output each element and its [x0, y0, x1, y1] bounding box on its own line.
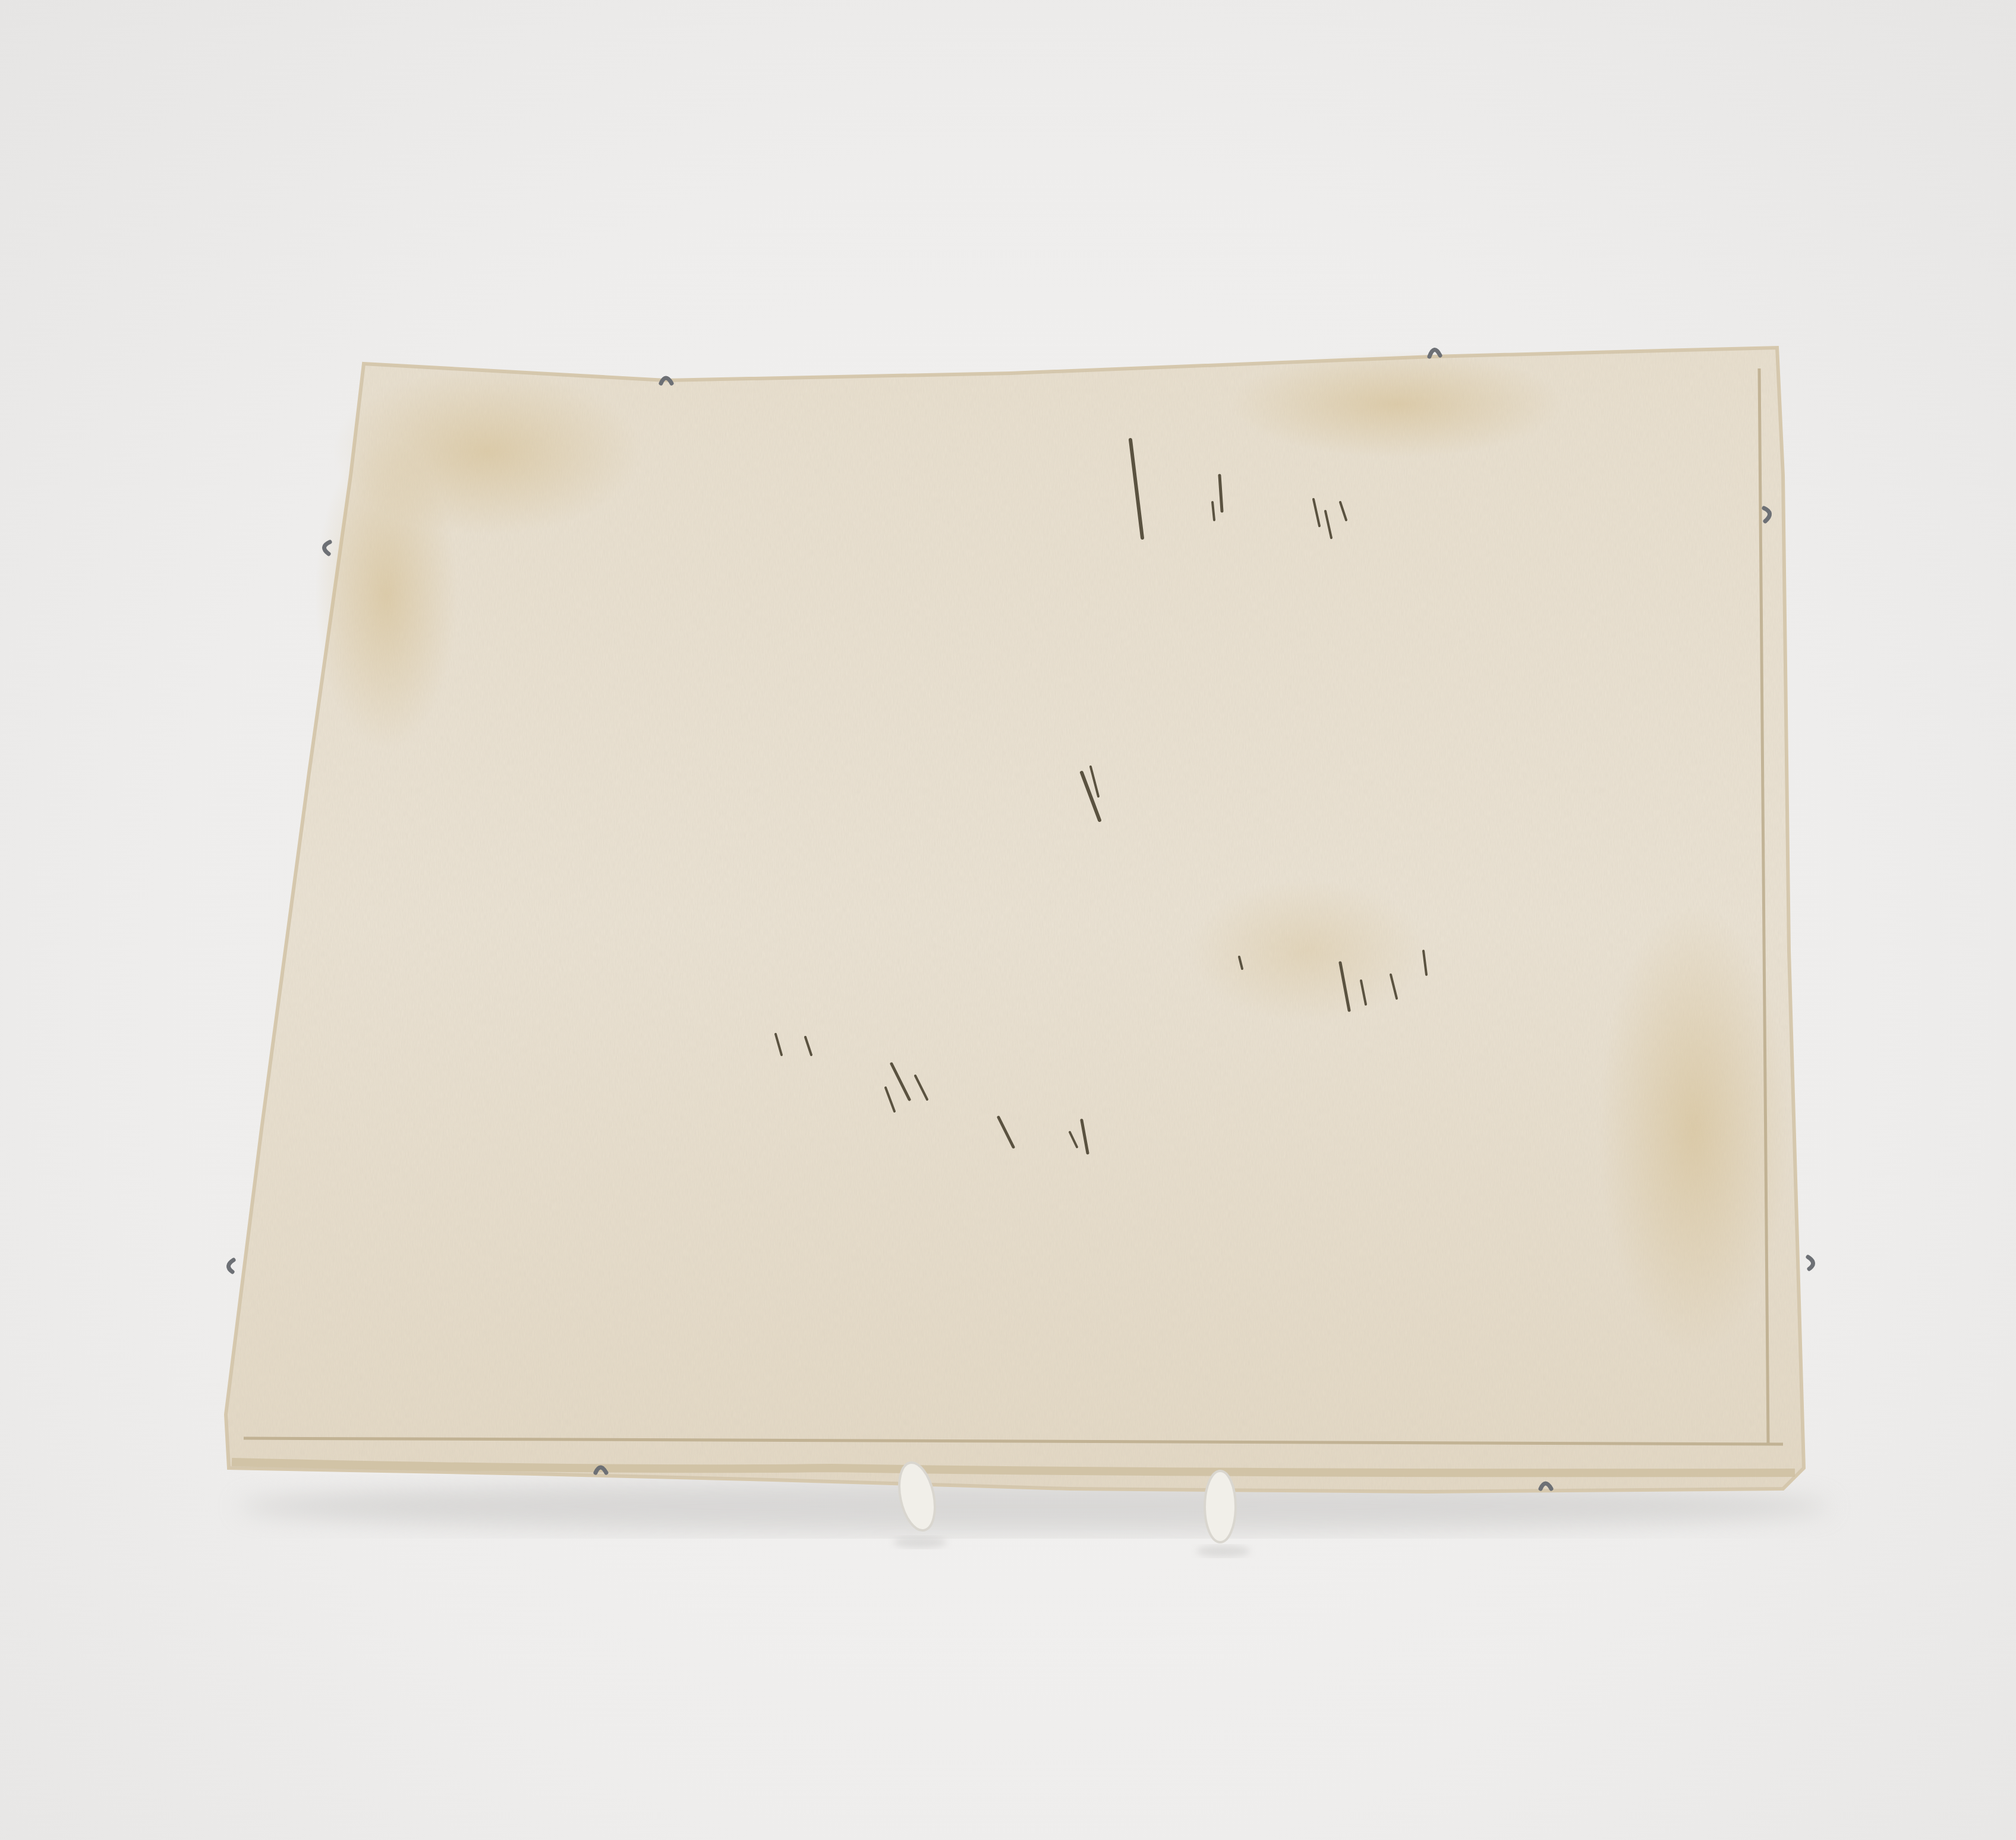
support-peg-right: [1205, 1471, 1236, 1542]
stain: [315, 440, 458, 749]
stain: [1189, 880, 1426, 1022]
photo-scene: [0, 0, 2016, 1840]
stain: [1599, 903, 1789, 1355]
stain: [1230, 351, 1563, 458]
tablet-illustration: [0, 0, 2016, 1840]
